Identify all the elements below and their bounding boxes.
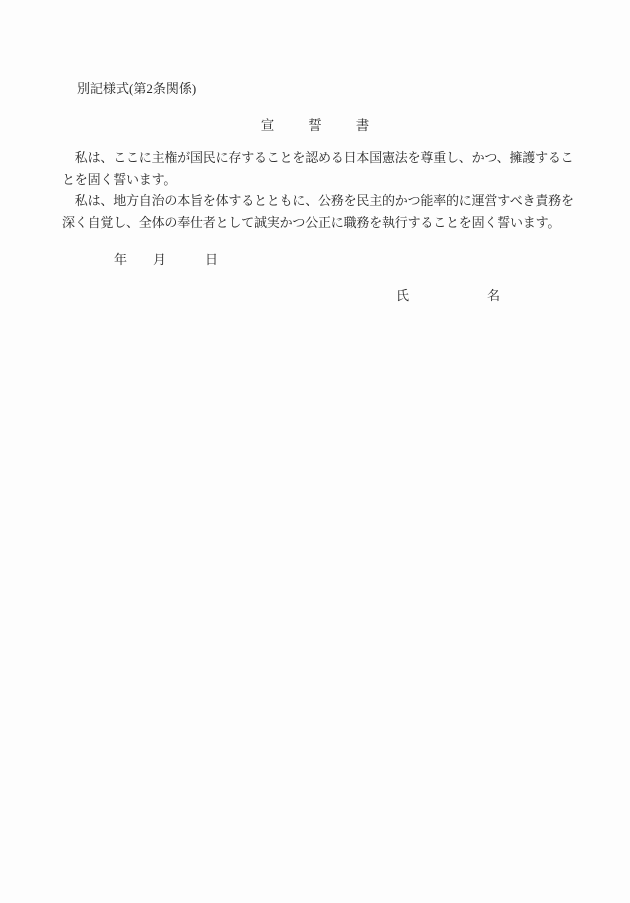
oath-paragraph-1-line-1: 私は、ここに主権が国民に存することを認める日本国憲法を尊重し、かつ、擁護するこ <box>62 147 574 169</box>
date-line: 年 月 日 <box>114 249 218 268</box>
document-title: 宣誓書 <box>0 114 630 134</box>
oath-paragraph-1-line-2: とを固く誓います。 <box>62 169 574 191</box>
oath-paragraph-2-line-2: 深く自覚し、全体の奉仕者として誠実かつ公正に職務を執行することを固く誓います。 <box>62 212 574 234</box>
form-reference-label: 別記様式(第2条関係) <box>77 78 196 97</box>
oath-document-page: 別記様式(第2条関係) 宣誓書 私は、ここに主権が国民に存することを認める日本国… <box>0 0 630 903</box>
oath-body-text: 私は、ここに主権が国民に存することを認める日本国憲法を尊重し、かつ、擁護するこ … <box>62 147 574 234</box>
name-line: 氏 名 <box>396 285 500 304</box>
oath-paragraph-2-line-1: 私は、地方自治の本旨を体するとともに、公務を民主的かつ能率的に運営すべき責務を <box>62 190 574 212</box>
